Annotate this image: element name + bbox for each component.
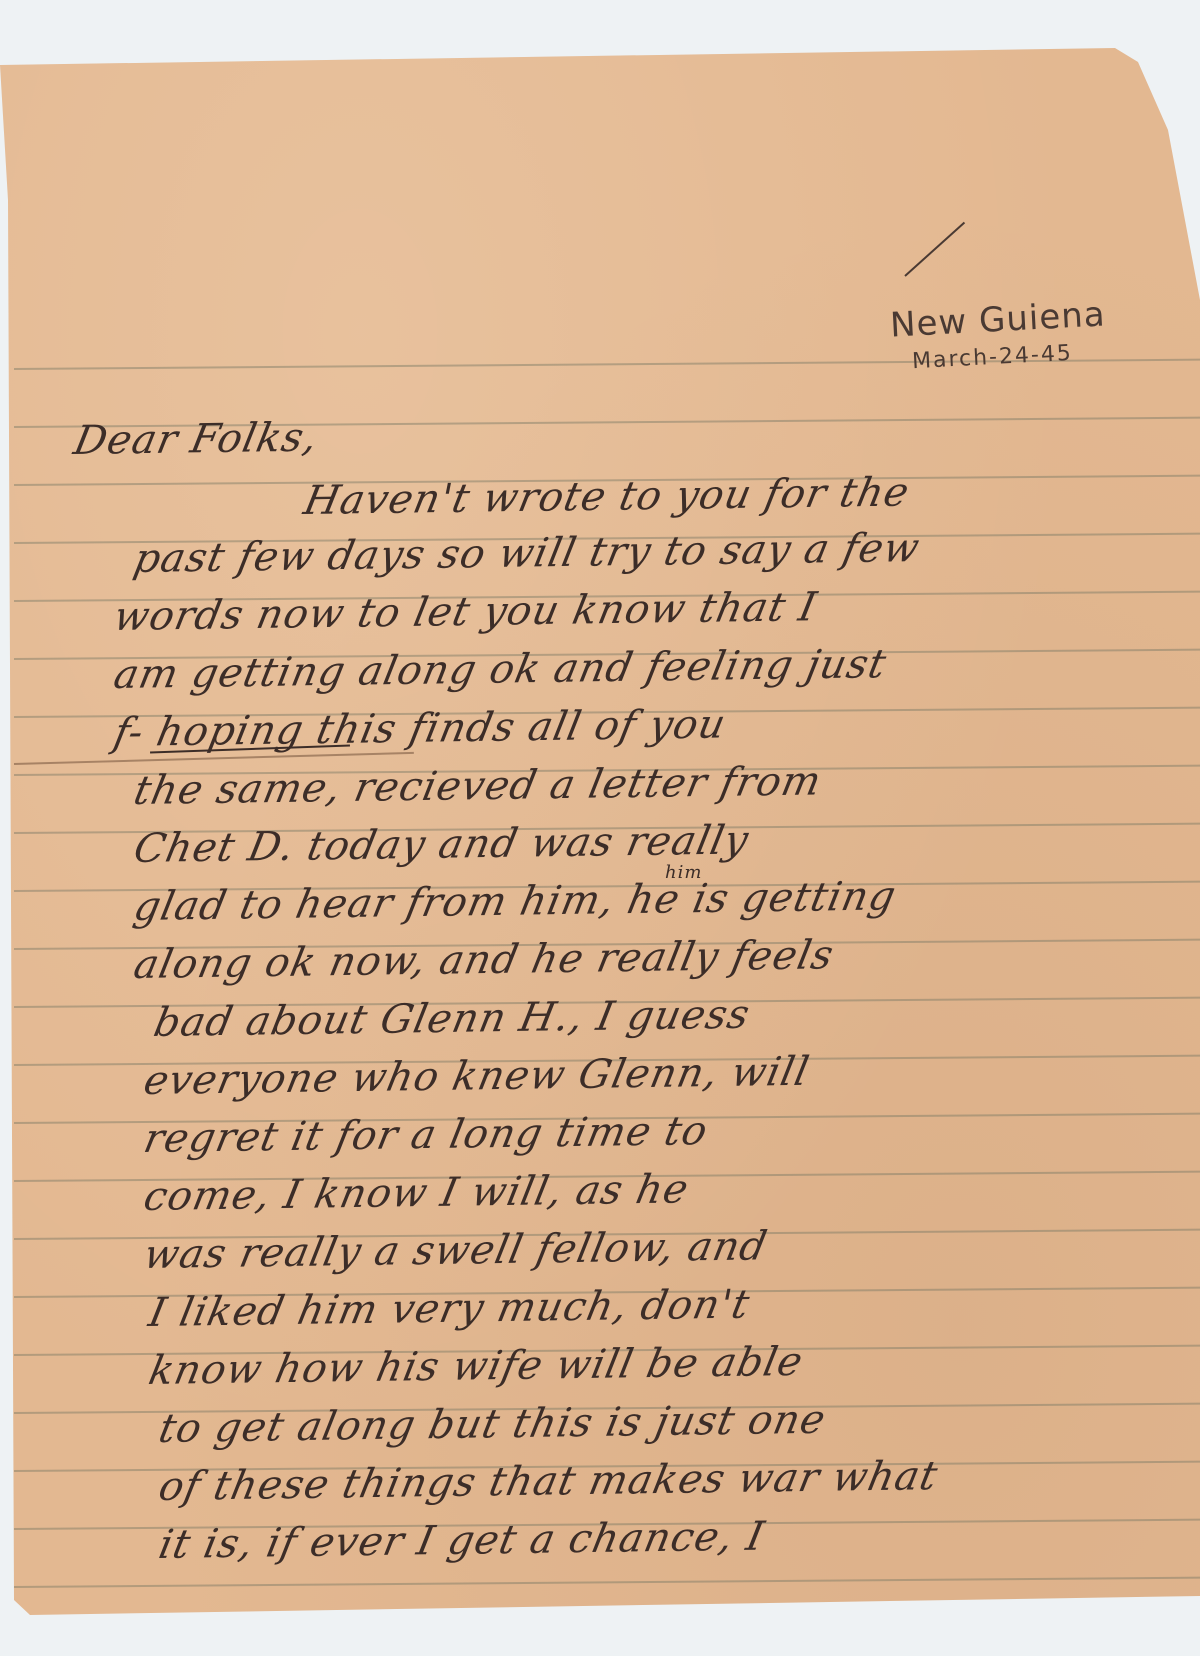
letter-line: was really a swell fellow, and — [140, 1223, 771, 1278]
letter-line: the same, recieved a letter from — [130, 758, 826, 814]
letter-line: everyone who knew Glenn, will — [140, 1049, 813, 1104]
letter-line: know how his wife will be able — [145, 1339, 807, 1394]
letter-line: bad about Glenn H., I guess — [150, 992, 754, 1046]
letter-line: regret it for a long time to — [140, 1108, 712, 1162]
letter-line: Chet D. today and was really — [130, 817, 753, 872]
letter-line: come, I know I will, as he — [140, 1166, 693, 1220]
letter-greeting: Dear Folks, — [70, 415, 322, 464]
letter-line: to get along but this is just one — [155, 1397, 830, 1452]
letter-line: Haven't wrote to you for the — [300, 470, 914, 524]
letter-line: f- hoping this finds all of you — [110, 701, 730, 756]
letter-line: it is, if ever I get a chance, I — [155, 1514, 769, 1568]
letter-line: I liked him very much, don't — [145, 1282, 754, 1336]
